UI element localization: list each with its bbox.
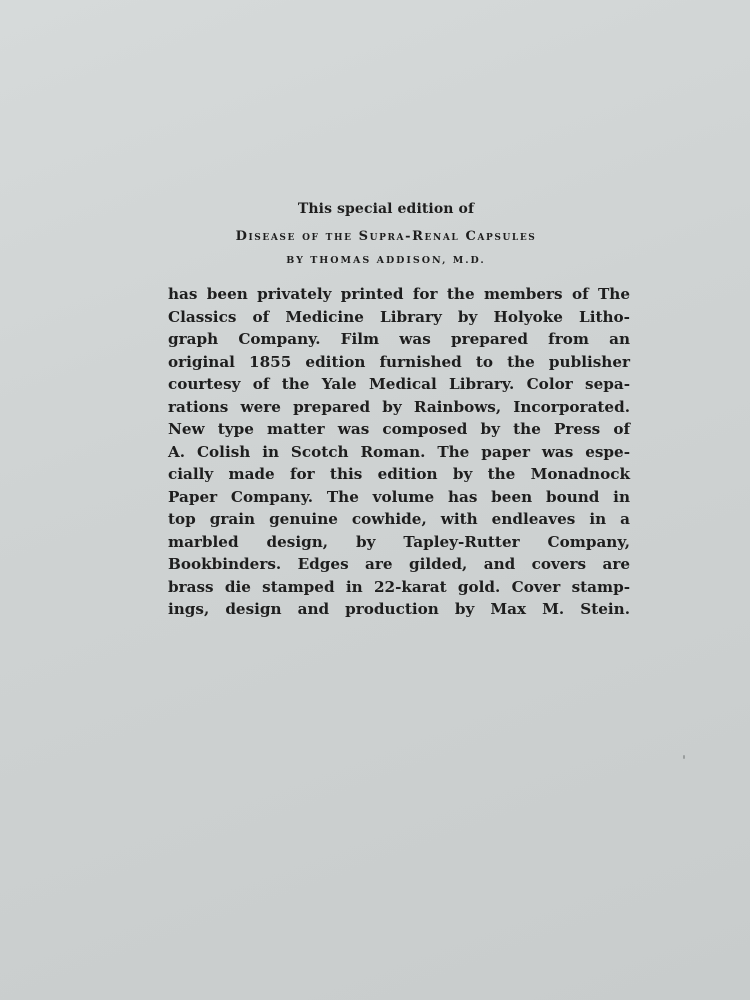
body-line: Classics of Medicine Library by Holyoke … xyxy=(168,306,630,329)
colophon-heading: This special edition of Disease of the S… xyxy=(166,200,606,270)
body-line: Paper Company. The volume has been bound… xyxy=(168,486,630,509)
body-line: Bookbinders. Edges are gilded, and cover… xyxy=(168,553,630,576)
paper-speck xyxy=(683,755,685,759)
body-line: brass die stamped in 22-karat gold. Cove… xyxy=(168,576,630,599)
intro-line: This special edition of xyxy=(166,200,606,218)
body-line: cially made for this edition by the Mona… xyxy=(168,463,630,486)
body-line: courtesy of the Yale Medical Library. Co… xyxy=(168,373,630,396)
document-page: This special edition of Disease of the S… xyxy=(0,0,750,1000)
body-line: New type matter was composed by the Pres… xyxy=(168,418,630,441)
book-title: Disease of the Supra-Renal Capsules xyxy=(166,228,606,246)
author-line: BY THOMAS ADDISON, M.D. xyxy=(166,252,606,270)
body-line: original 1855 edition furnished to the p… xyxy=(168,351,630,374)
body-line: A. Colish in Scotch Roman. The paper was… xyxy=(168,441,630,464)
body-line: rations were prepared by Rainbows, Incor… xyxy=(168,396,630,419)
body-line: has been privately printed for the membe… xyxy=(168,283,630,306)
body-line: marbled design, by Tapley-Rutter Company… xyxy=(168,531,630,554)
colophon-body: has been privately printed for the membe… xyxy=(168,283,630,621)
body-line: ings, design and production by Max M. St… xyxy=(168,598,630,621)
body-line: top grain genuine cowhide, with endleave… xyxy=(168,508,630,531)
body-line: graph Company. Film was prepared from an xyxy=(168,328,630,351)
